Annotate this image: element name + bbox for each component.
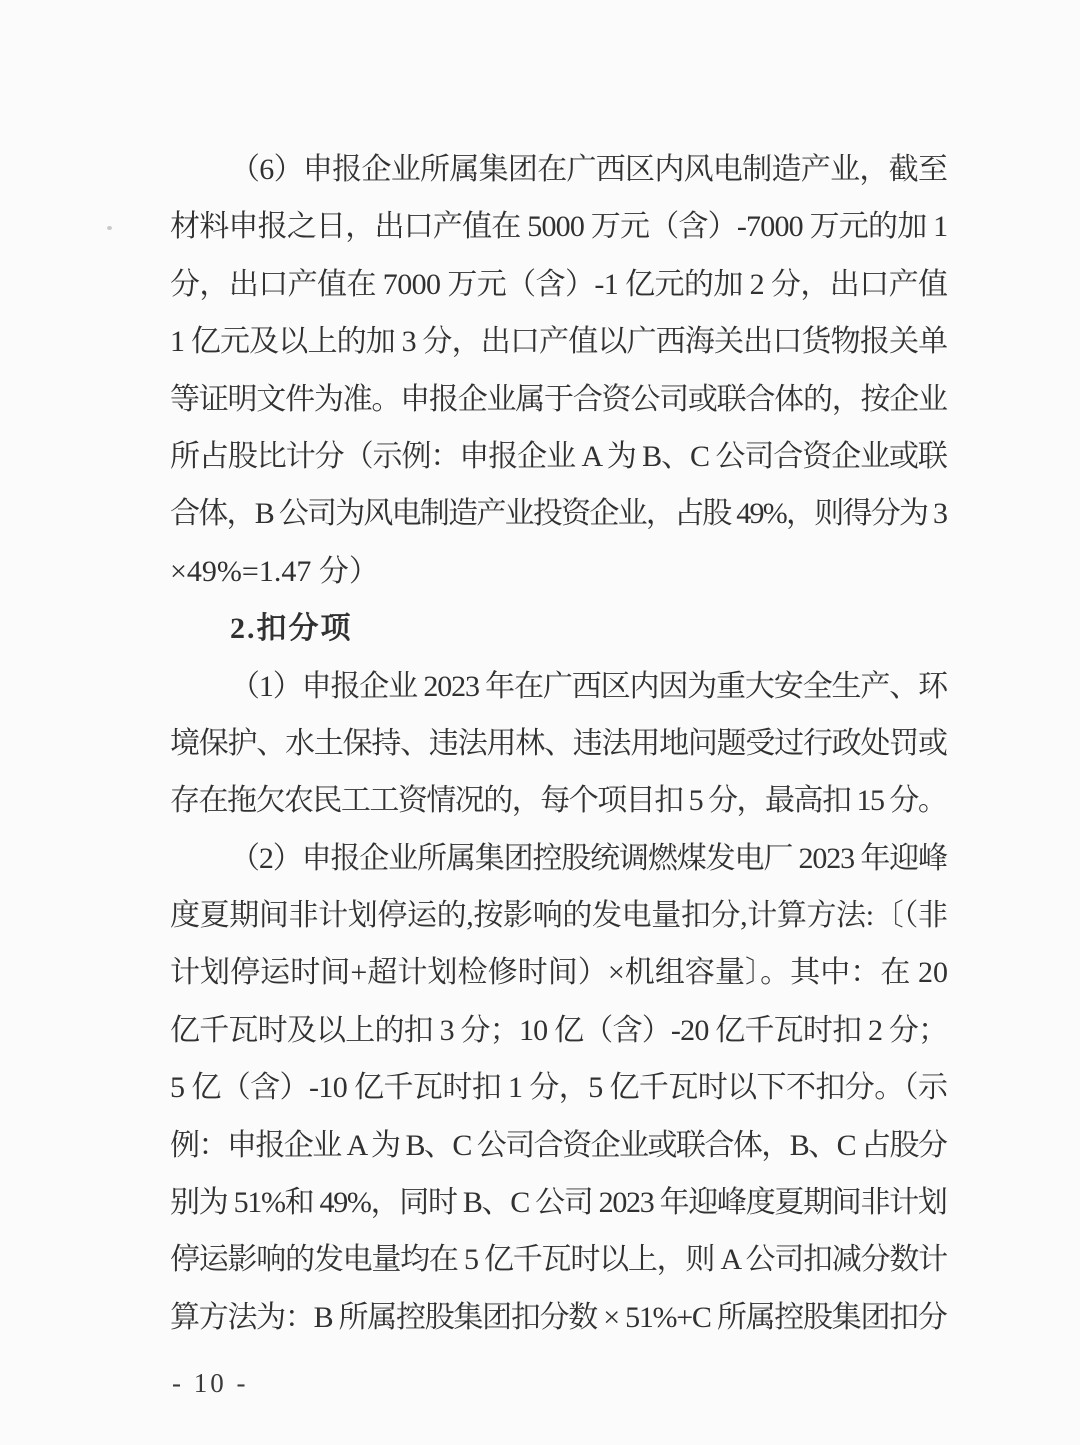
document-body: （6）申报企业所属集团在广西区内风电制造产业，截至 材料申报之日，出口产值在 5…	[170, 141, 948, 1346]
text-line: 材料申报之日，出口产值在 5000 万元（含）-7000 万元的加 1	[170, 198, 948, 255]
text-line: ×49%=1.47 分）	[170, 543, 948, 600]
text-line: 算方法为：B 所属控股集团扣分数 × 51%+C 所属控股集团扣分	[170, 1289, 948, 1346]
page-number: - 10 -	[172, 1368, 248, 1399]
text-line: （2）申报企业所属集团控股统调燃煤发电厂 2023 年迎峰	[170, 830, 948, 887]
text-line: 所占股比计分（示例：申报企业 A 为 B、C 公司合资企业或联	[170, 428, 948, 485]
text-line: （6）申报企业所属集团在广西区内风电制造产业，截至	[170, 141, 948, 198]
text-line: （1）申报企业 2023 年在广西区内因为重大安全生产、环	[170, 658, 948, 715]
text-line: 度夏期间非计划停运的,按影响的发电量扣分,计算方法:〔（非	[170, 887, 948, 944]
text-line: 停运影响的发电量均在 5 亿千瓦时以上，则 A 公司扣减分数计	[170, 1231, 948, 1288]
scan-speck	[107, 226, 112, 230]
text-line: 例：申报企业 A 为 B、C 公司合资企业或联合体，B、C 占股分	[170, 1117, 948, 1174]
section-heading: 2.扣分项	[170, 600, 948, 657]
text-line: 分，出口产值在 7000 万元（含）-1 亿元的加 2 分，出口产值	[170, 256, 948, 313]
text-line: 5 亿（含）-10 亿千瓦时扣 1 分，5 亿千瓦时以下不扣分。（示	[170, 1059, 948, 1116]
text-line: 1 亿元及以上的加 3 分，出口产值以广西海关出口货物报关单	[170, 313, 948, 370]
text-line: 计划停运时间+超计划检修时间）×机组容量〕。其中：在 20	[170, 944, 948, 1001]
text-line: 等证明文件为准。申报企业属于合资公司或联合体的，按企业	[170, 371, 948, 428]
text-line: 合体，B 公司为风电制造产业投资企业，占股 49%，则得分为 3	[170, 485, 948, 542]
text-line: 别为 51%和 49%，同时 B、C 公司 2023 年迎峰度夏期间非计划	[170, 1174, 948, 1231]
text-line: 存在拖欠农民工工资情况的，每个项目扣 5 分，最高扣 15 分。	[170, 772, 948, 829]
text-line: 亿千瓦时及以上的扣 3 分；10 亿（含）-20 亿千瓦时扣 2 分；	[170, 1002, 948, 1059]
scanned-document-page: （6）申报企业所属集团在广西区内风电制造产业，截至 材料申报之日，出口产值在 5…	[0, 0, 1080, 1445]
text-line: 境保护、水土保持、违法用林、违法用地问题受过行政处罚或	[170, 715, 948, 772]
